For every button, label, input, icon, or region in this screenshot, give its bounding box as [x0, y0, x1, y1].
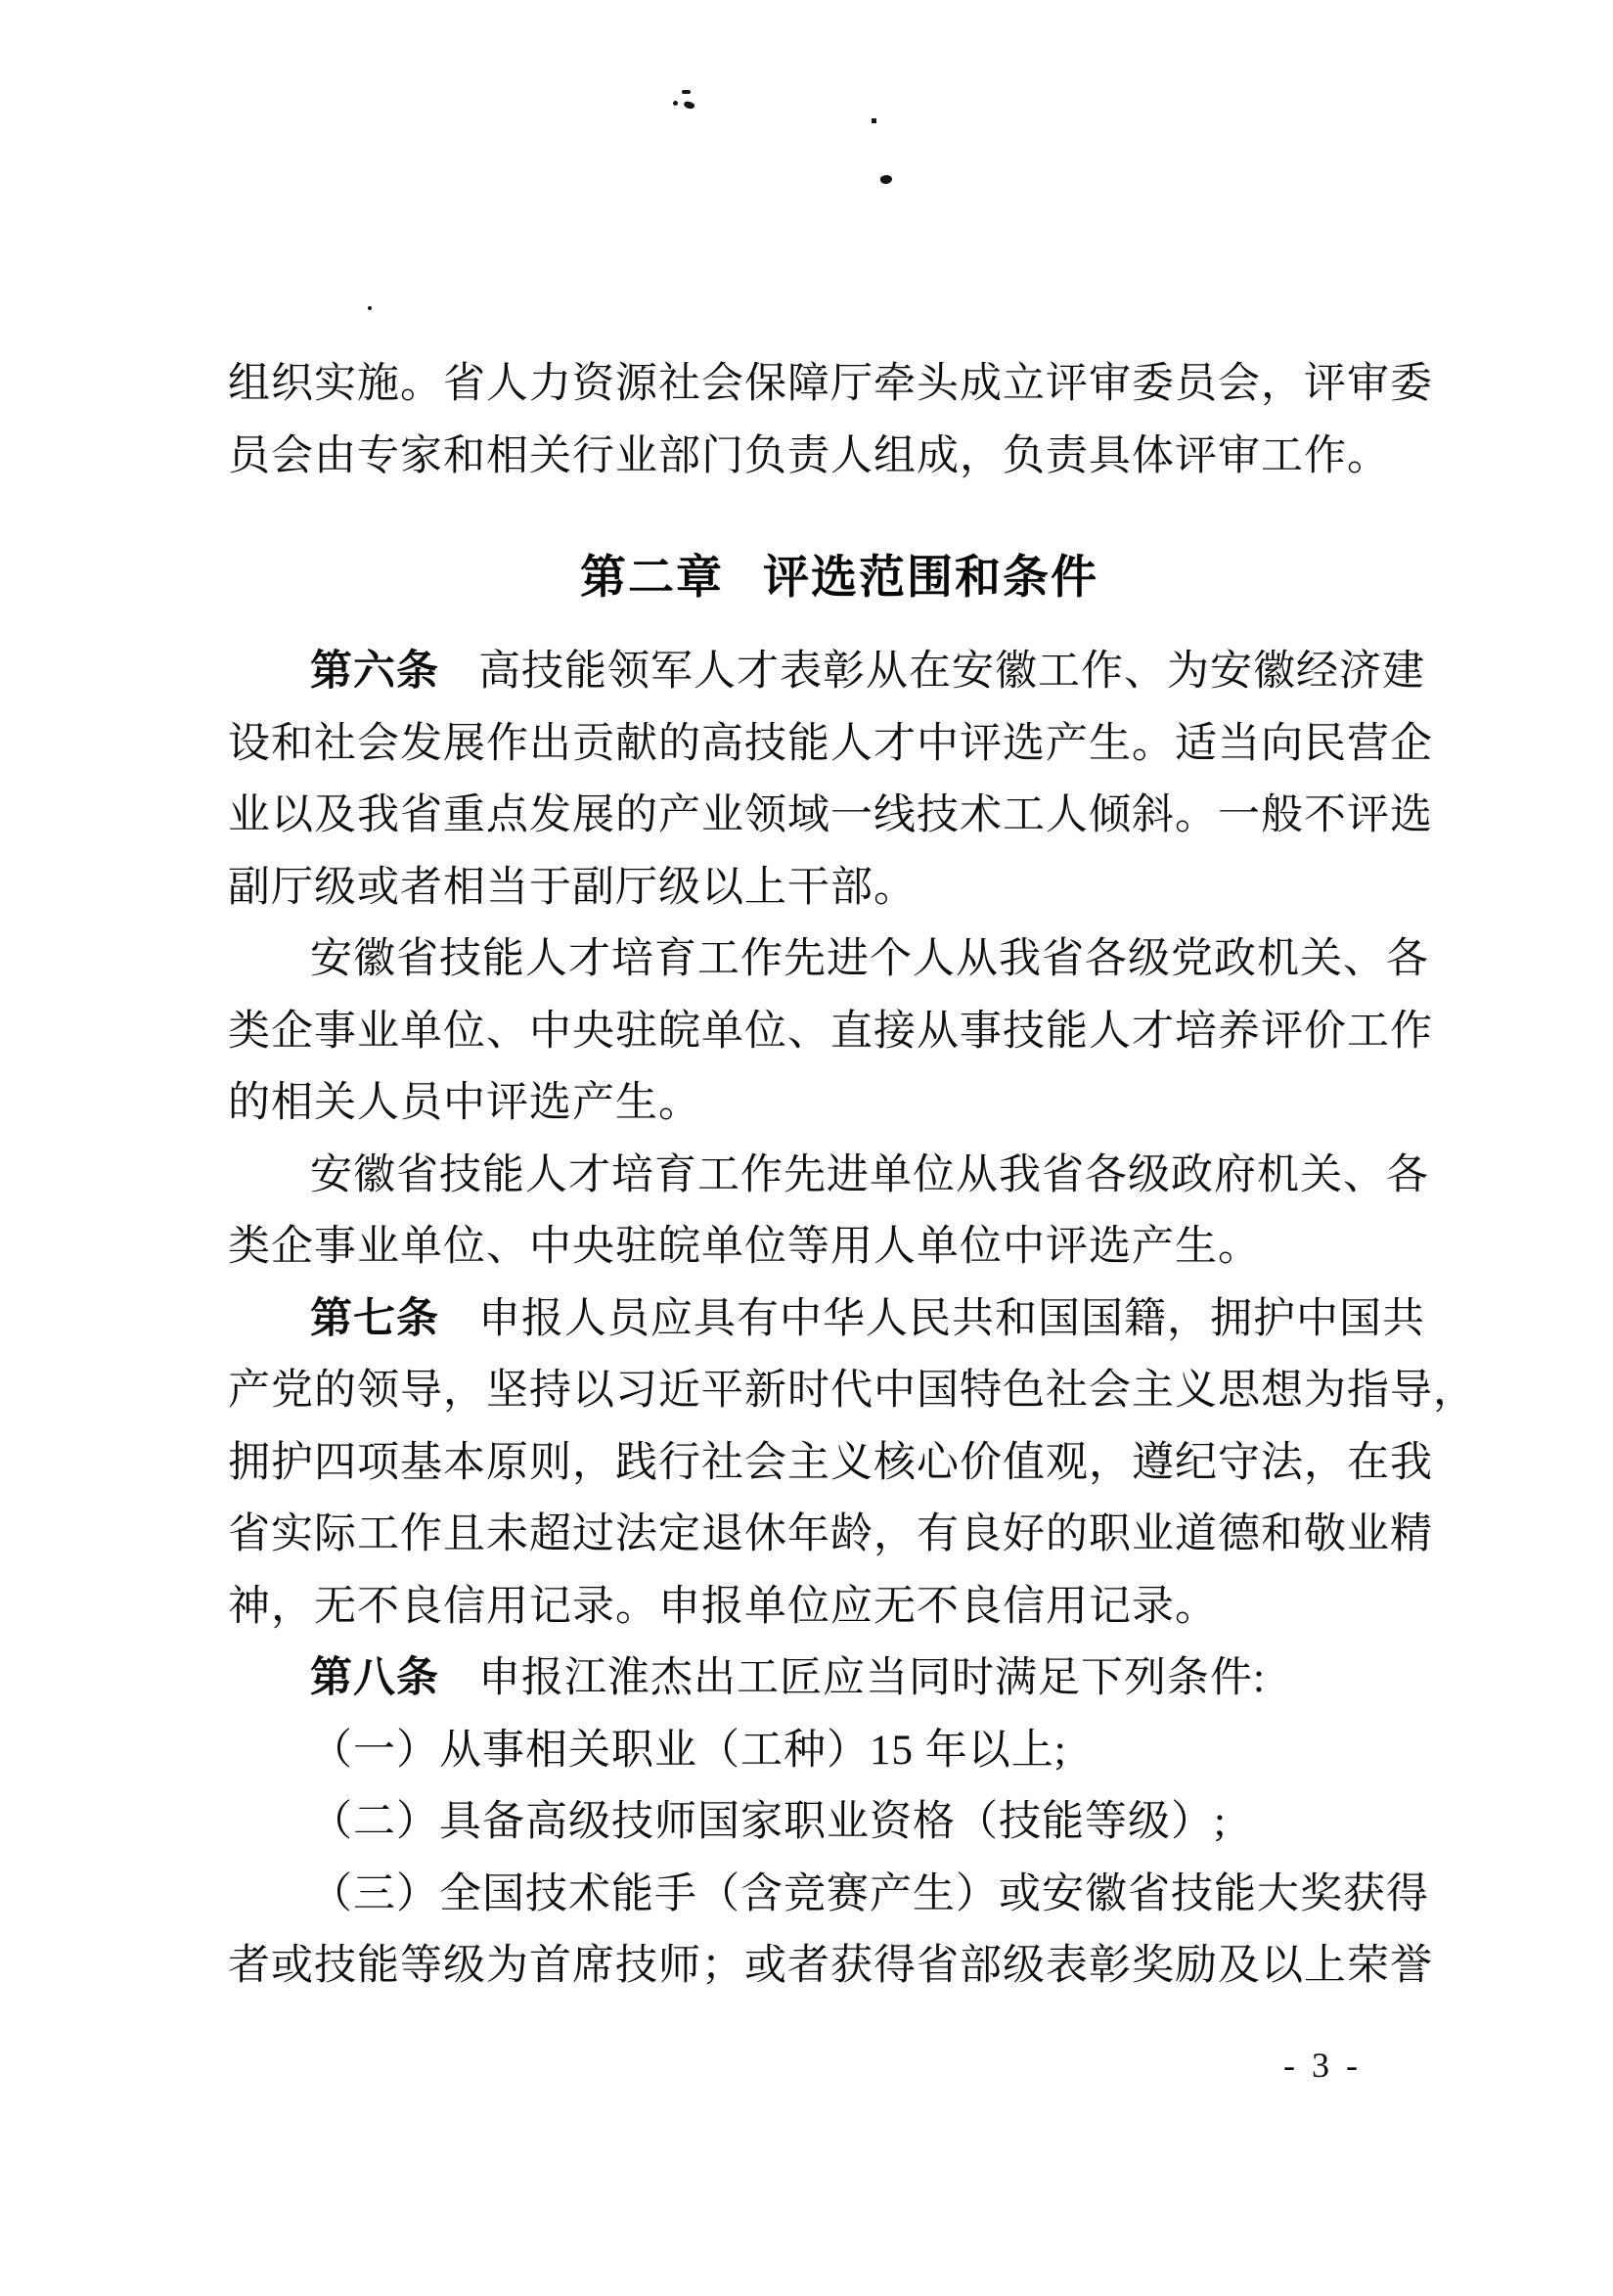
line-text: 副厅级或者相当于副厅级以上干部。 [228, 865, 917, 911]
text-line: 者或技能等级为首席技师；或者获得省部级表彰奖励及以上荣誉 [228, 1944, 1433, 1988]
text-line: 拥护四项基本原则，践行社会主义核心价值观，遵纪守法，在我 [228, 1441, 1433, 1485]
line-text: 员会由专家和相关行业部门负责人组成，负责具体评审工作。 [228, 433, 1390, 479]
line-text: 设和社会发展作出贡献的高技能人才中评选产生。适当向民营企 [228, 721, 1433, 767]
ink-speck [879, 174, 893, 186]
text-line: 类企事业单位、中央驻皖单位等用人单位中评选产生。 [228, 1225, 1261, 1269]
ink-speck [683, 100, 695, 110]
line-text: 省实际工作且未超过法定退休年龄，有良好的职业道德和敬业精 [228, 1511, 1433, 1557]
chapter-heading: 第二章评选范围和条件 [580, 541, 1098, 607]
text-line: 安徽省技能人才培育工作先进单位从我省各级政府机关、各 [310, 1153, 1429, 1197]
line-text: 类企事业单位、中央驻皖单位等用人单位中评选产生。 [228, 1224, 1261, 1270]
line-text: 申报江淮杰出工匠应当同时满足下列条件: [478, 1655, 1266, 1701]
text-line: 组织实施。省人力资源社会保障厅牵头成立评审委员会，评审委 [228, 362, 1433, 406]
text-line: 业以及我省重点发展的产业领域一线技术工人倾斜。一般不评选 [228, 793, 1433, 837]
text-line: 设和社会发展作出贡献的高技能人才中评选产生。适当向民营企 [228, 722, 1433, 766]
line-text: 的相关人员中评选产生。 [228, 1080, 701, 1126]
text-line: （一）从事相关职业（工种）15 年以上; [310, 1729, 1067, 1773]
text-line: 类企事业单位、中央驻皖单位、直接从事技能人才培养评价工作 [228, 1010, 1433, 1054]
line-text: 神，无不良信用记录。申报单位应无不良信用记录。 [228, 1584, 1218, 1630]
text-line: （三）全国技术能手（含竞赛产生）或安徽省技能大奖获得 [310, 1872, 1429, 1916]
article-number: 第八条 [310, 1655, 439, 1701]
article-number: 第六条 [310, 649, 439, 695]
text-line: 员会由专家和相关行业部门负责人组成，负责具体评审工作。 [228, 434, 1390, 478]
text-line: 第八条申报江淮杰出工匠应当同时满足下列条件: [310, 1656, 1266, 1700]
line-text: 申报人员应具有中华人民共和国国籍，拥护中国共 [478, 1296, 1425, 1342]
article-number: 第七条 [310, 1296, 439, 1342]
text-line: 安徽省技能人才培育工作先进个人从我省各级党政机关、各 [310, 937, 1429, 981]
line-text: （一）从事相关职业（工种）15 年以上; [310, 1728, 1067, 1774]
text-line: 副厅级或者相当于副厅级以上干部。 [228, 866, 917, 910]
line-text: 类企事业单位、中央驻皖单位、直接从事技能人才培养评价工作 [228, 1009, 1433, 1055]
line-text: 组织实施。省人力资源社会保障厅牵头成立评审委员会，评审委 [228, 361, 1433, 407]
text-line: 产党的领导，坚持以习近平新时代中国特色社会主义思想为指导， [228, 1369, 1476, 1413]
line-text: 业以及我省重点发展的产业领域一线技术工人倾斜。一般不评选 [228, 792, 1433, 838]
line-text: （二）具备高级技师国家职业资格（技能等级）; [310, 1799, 1227, 1845]
chapter-title: 评选范围和条件 [763, 553, 1098, 604]
text-line: 省实际工作且未超过法定退休年龄，有良好的职业道德和敬业精 [228, 1512, 1433, 1556]
line-text: （三）全国技术能手（含竞赛产生）或安徽省技能大奖获得 [310, 1871, 1429, 1917]
ink-speck [368, 306, 372, 310]
ink-speck [872, 118, 876, 123]
ink-speck [682, 90, 691, 94]
line-text: 者或技能等级为首席技师；或者获得省部级表彰奖励及以上荣誉 [228, 1943, 1433, 1989]
text-line: 的相关人员中评选产生。 [228, 1081, 701, 1125]
chapter-number: 第二章 [580, 553, 724, 604]
page-number: - 3 - [1283, 2045, 1362, 2086]
line-text: 拥护四项基本原则，践行社会主义核心价值观，遵纪守法，在我 [228, 1440, 1433, 1486]
text-line: 第六条高技能领军人才表彰从在安徽工作、为安徽经济建 [310, 650, 1425, 694]
scanned-document-page: 组织实施。省人力资源社会保障厅牵头成立评审委员会，评审委 员会由专家和相关行业部… [0, 0, 1613, 2296]
text-line: 神，无不良信用记录。申报单位应无不良信用记录。 [228, 1585, 1218, 1629]
line-text: 安徽省技能人才培育工作先进单位从我省各级政府机关、各 [310, 1152, 1429, 1198]
line-text: 安徽省技能人才培育工作先进个人从我省各级党政机关、各 [310, 936, 1429, 982]
line-text: 高技能领军人才表彰从在安徽工作、为安徽经济建 [478, 649, 1425, 695]
text-line: 第七条申报人员应具有中华人民共和国国籍，拥护中国共 [310, 1297, 1425, 1341]
line-text: 产党的领导，坚持以习近平新时代中国特色社会主义思想为指导， [228, 1368, 1476, 1414]
ink-speck [673, 101, 678, 106]
text-line: （二）具备高级技师国家职业资格（技能等级）; [310, 1800, 1227, 1844]
